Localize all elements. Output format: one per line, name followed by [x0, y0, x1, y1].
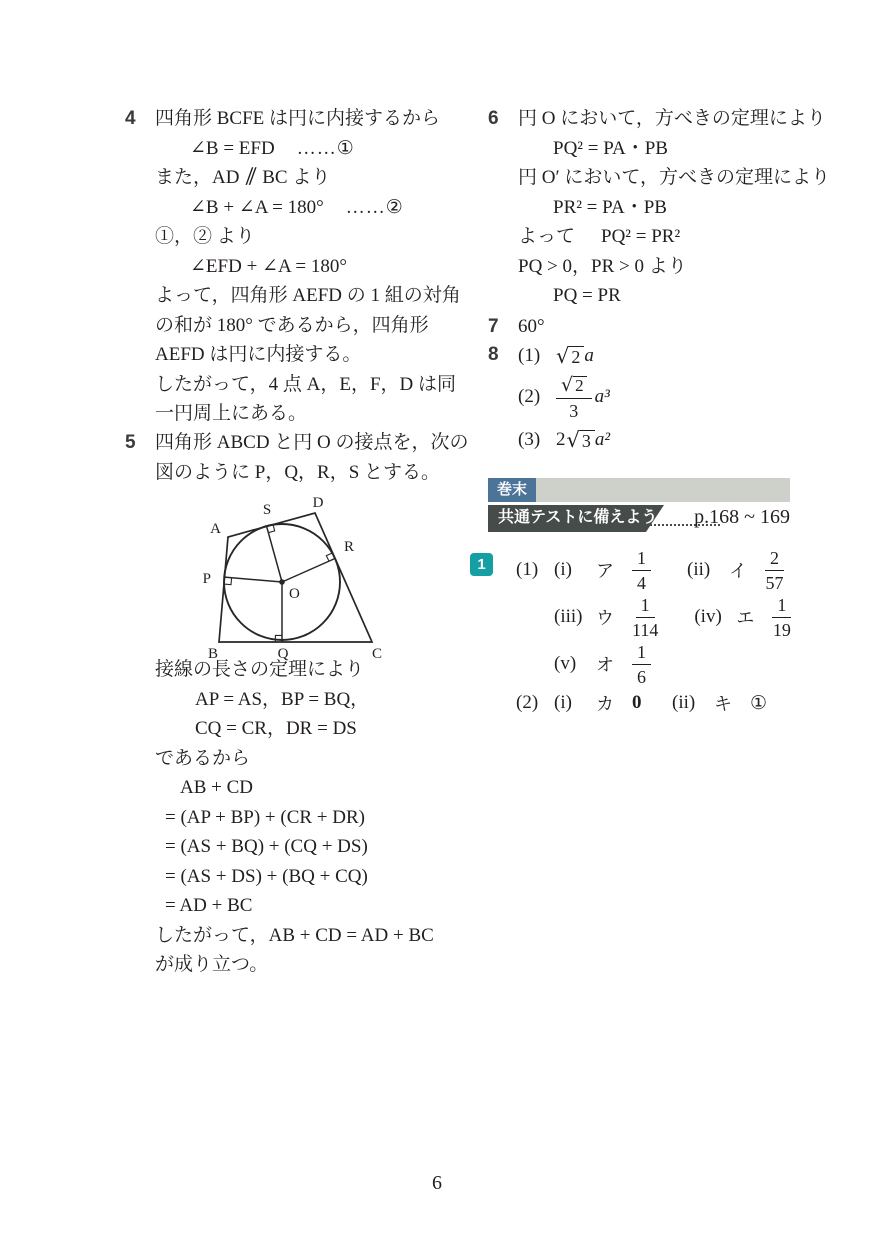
- answer-row: (iii) ウ 1114 (iv) エ 119: [516, 593, 800, 641]
- radical-expression: √2a: [556, 345, 594, 368]
- formula: PQ² = PR²: [601, 226, 680, 247]
- item-label: (3): [518, 429, 556, 451]
- formula-line: AB + CD: [155, 773, 469, 803]
- text-line: の和が 180° であるから，四角形: [155, 311, 461, 341]
- problem-4-body: 四角形 BCFE は円に内接するから ∠B = EFD……① また，AD∥BC …: [155, 104, 461, 429]
- problem-7: 7 60°: [488, 312, 800, 342]
- text-line: であるから: [155, 744, 469, 774]
- answer-kana: カ: [596, 690, 614, 716]
- equation-ref-2: ……②: [346, 197, 404, 218]
- radical-expression: 2√3a²: [556, 429, 610, 452]
- question-number-badge: 1: [470, 553, 493, 576]
- answer-value: 0: [632, 692, 650, 714]
- coefficient: 2: [556, 429, 566, 451]
- formula: ∠B + ∠A = 180°: [190, 197, 324, 218]
- kanmatsu-tab: 巻末: [488, 478, 536, 502]
- problem-4-number: 4: [125, 104, 155, 429]
- fraction: 14: [632, 549, 651, 592]
- text-line: よって，四角形 AEFD の 1 組の対角: [155, 281, 461, 311]
- fraction: 1114: [632, 596, 658, 639]
- answer-row: (2) (i) カ 0 (ii) キ ①: [516, 687, 800, 719]
- problem-6-number: 6: [488, 104, 518, 311]
- answer-kana: イ: [729, 557, 747, 583]
- item-label: (ii): [672, 692, 714, 714]
- problem-8: 8 (1) √2a (2) √2 3 a³ (3) 2√3a²: [488, 340, 800, 458]
- formula-line: = (AP + BP) + (CR + DR): [155, 803, 469, 833]
- center-o-dot: [279, 579, 285, 585]
- fraction-numerator: 1: [632, 643, 651, 665]
- fraction-denominator: 57: [766, 571, 784, 592]
- fraction-denominator: 4: [637, 571, 646, 592]
- item-label: (i): [554, 559, 596, 581]
- problem-8-body: (1) √2a (2) √2 3 a³ (3) 2√3a²: [518, 340, 800, 458]
- problem-6-body: 円 O において，方べきの定理により PQ² = PA・PB 円 O′ において…: [518, 104, 830, 311]
- text-line: 円 O′ において，方べきの定理により: [518, 163, 830, 193]
- fraction-numerator: 1: [632, 549, 651, 571]
- vertex-label-b: B: [208, 646, 218, 662]
- text-part: よって: [518, 226, 575, 247]
- radicand: 2: [569, 346, 584, 367]
- formula-line: = AD + BC: [155, 891, 469, 921]
- problem-4: 4 四角形 BCFE は円に内接するから ∠B = EFD……① また，AD∥B…: [125, 104, 455, 429]
- answer-item: (iii) ウ 1114: [554, 596, 658, 639]
- formula-line: ∠B + ∠A = 180°……②: [155, 193, 461, 223]
- problem-8-number: 8: [488, 340, 518, 458]
- radical-symbol: √: [556, 345, 569, 368]
- fraction-denominator: 3: [569, 399, 578, 420]
- answer-kana: オ: [596, 651, 614, 677]
- fraction-numerator: 2: [765, 549, 784, 571]
- formula: ∠B = EFD: [190, 138, 275, 159]
- answer-item: (iv) エ 119: [694, 596, 791, 639]
- answer-value: 60°: [518, 312, 800, 342]
- fraction-denominator: 19: [773, 618, 791, 639]
- problem-5-number: 5: [125, 428, 155, 980]
- tangent-label-s: S: [263, 502, 271, 518]
- formula-line: ∠EFD + ∠A = 180°: [155, 252, 461, 282]
- fraction-numerator: 1: [636, 596, 655, 618]
- fraction: 257: [765, 549, 784, 592]
- figure-tangent-circle: A B C D P Q R S O: [155, 490, 405, 665]
- answer-choice: ①: [750, 692, 768, 715]
- formula-line: AP = AS，BP = BQ，: [155, 685, 469, 715]
- variable: a³: [595, 386, 610, 408]
- vertex-label-a: A: [210, 521, 221, 537]
- vertex-label-d: D: [313, 495, 324, 511]
- formula-line: = (AS + DS) + (BQ + CQ): [155, 862, 469, 892]
- answer-item: (ii) イ 257: [687, 549, 784, 592]
- text-line: PQ > 0，PR > 0 より: [518, 252, 830, 282]
- problem-5: 5 四角形 ABCD と円 O の接点を，次の 図のように P，Q，R，S とす…: [125, 428, 455, 980]
- right-angle-mark-q: [275, 635, 282, 642]
- fraction-numerator: √2: [556, 375, 592, 399]
- item-label: (i): [554, 692, 596, 714]
- question-1-answers: (1) (i) ア 14 (ii) イ 257 (iii): [488, 547, 800, 719]
- text-line: したがって，AB + CD = AD + BC: [155, 921, 469, 951]
- item-label: (2): [518, 386, 556, 408]
- question-1-block: 1 (1) (i) ア 14 (ii) イ 257: [488, 547, 800, 719]
- text-line: したがって，4 点 A，E，F，D は同: [155, 370, 461, 400]
- text-line: 四角形 ABCD と円 O の接点を，次の: [155, 428, 469, 458]
- text-line: 円 O において，方べきの定理により: [518, 104, 830, 134]
- problem-6: 6 円 O において，方べきの定理により PQ² = PA・PB 円 O′ にお…: [488, 104, 800, 311]
- text-part: BC より: [262, 167, 330, 188]
- formula-line: ∠B = EFD……①: [155, 134, 461, 164]
- text-line: 図のように P，Q，R，S とする。: [155, 458, 469, 488]
- answer-kana: キ: [714, 690, 732, 716]
- tangent-label-r: R: [344, 539, 354, 555]
- item-label: (v): [554, 653, 596, 675]
- radical-symbol: √: [561, 375, 573, 395]
- variable: a: [584, 345, 594, 367]
- radius-op: [225, 577, 282, 582]
- text-part: また，AD: [155, 167, 239, 188]
- text-line: よってPQ² = PR²: [518, 222, 830, 252]
- item-label: (iii): [554, 606, 596, 628]
- text-line: AEFD は円に内接する。: [155, 340, 461, 370]
- part-label: (1): [516, 559, 554, 581]
- problem-7-number: 7: [488, 312, 518, 342]
- answer-item-1: (1) √2a: [518, 340, 800, 372]
- radicand: 3: [580, 430, 595, 451]
- radius-os: [267, 526, 282, 582]
- answer-item: (i) カ 0: [554, 690, 650, 716]
- item-label: (iv): [694, 606, 736, 628]
- vertex-label-c: C: [372, 646, 382, 662]
- answer-row: (1) (i) ア 14 (ii) イ 257: [516, 547, 800, 593]
- fraction-denominator: 6: [637, 665, 646, 686]
- part-label: (2): [516, 692, 554, 714]
- center-label-o: O: [289, 586, 300, 602]
- fraction: 16: [632, 643, 651, 686]
- formula-line: PR² = PA・PB: [518, 193, 830, 223]
- answer-item: (v) オ 16: [554, 643, 651, 686]
- page-range: p.168 ~ 169: [694, 506, 790, 529]
- parallel-symbol: ∥: [241, 163, 261, 193]
- text-line: ①，② より: [155, 222, 461, 252]
- formula-line: CQ = CR，DR = DS: [155, 714, 469, 744]
- problem-7-body: 60°: [518, 312, 800, 342]
- tangent-label-q: Q: [278, 646, 289, 662]
- fraction: 119: [772, 596, 791, 639]
- item-label: (1): [518, 345, 556, 367]
- figure-container: A B C D P Q R S O: [155, 490, 469, 655]
- item-label: (ii): [687, 559, 729, 581]
- fraction-denominator: 114: [632, 618, 658, 639]
- equation-ref-1: ……①: [297, 138, 355, 159]
- answer-item: (ii) キ ①: [672, 690, 768, 716]
- radicand: 2: [573, 376, 587, 394]
- text-line: が成り立つ。: [155, 950, 469, 980]
- answer-row: (v) オ 16: [516, 641, 800, 687]
- variable: a²: [595, 429, 610, 451]
- answer-kana: ウ: [596, 604, 614, 630]
- radical-symbol: √: [567, 429, 580, 452]
- fraction-numerator: 1: [772, 596, 791, 618]
- page-number: 6: [0, 1172, 874, 1195]
- section-header: 巻末 共通テストに備えよう p.168 ~ 169: [488, 478, 790, 534]
- answer-kana: エ: [736, 604, 754, 630]
- answer-item-2: (2) √2 3 a³: [518, 372, 800, 422]
- answer-kana: ア: [596, 557, 614, 583]
- tangent-label-p: P: [203, 571, 211, 587]
- formula-line: = (AS + BQ) + (CQ + DS): [155, 832, 469, 862]
- text-line: 四角形 BCFE は円に内接するから: [155, 104, 461, 134]
- problem-5-body: 四角形 ABCD と円 O の接点を，次の 図のように P，Q，R，S とする。: [155, 428, 469, 980]
- fraction: √2 3: [556, 375, 592, 420]
- radius-or: [282, 559, 335, 583]
- text-line: また，AD∥BC より: [155, 163, 461, 193]
- formula-line: PQ² = PA・PB: [518, 134, 830, 164]
- text-line: 一円周上にある。: [155, 399, 461, 429]
- answer-item-3: (3) 2√3a²: [518, 422, 800, 458]
- formula-line: PQ = PR: [518, 281, 830, 311]
- answer-item: (i) ア 14: [554, 549, 651, 592]
- section-title-banner: 共通テストに備えよう: [488, 505, 664, 532]
